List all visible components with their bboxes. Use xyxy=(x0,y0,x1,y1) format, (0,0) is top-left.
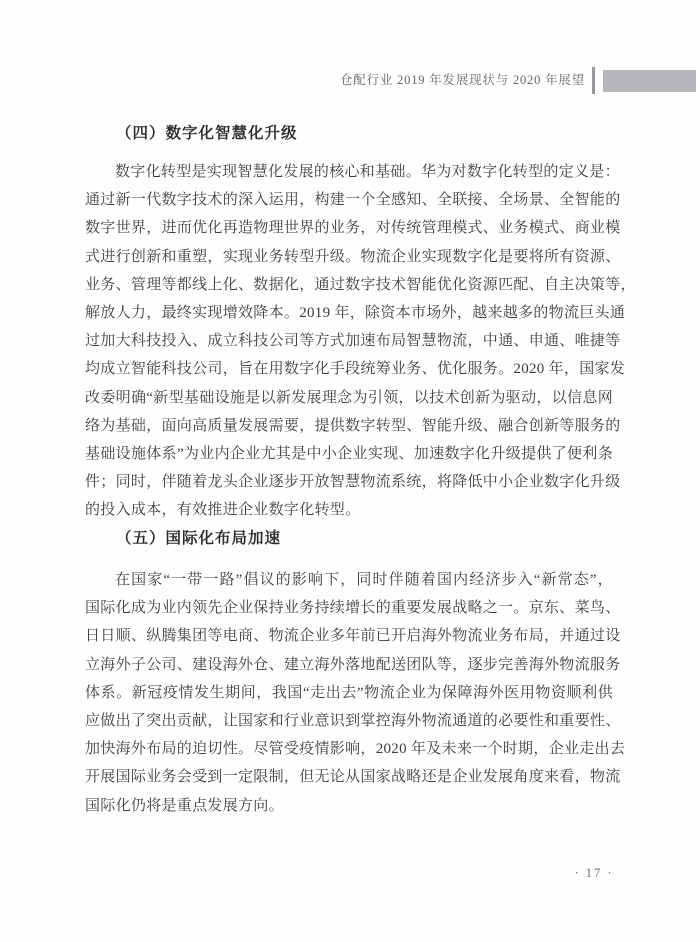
text-line: 在国家“一带一路”倡议的影响下，同时伴随着国内经济步入“新常态”， xyxy=(85,566,613,594)
text-line: 过加大科技投入、成立科技公司等方式加速布局智慧物流，中通、申通、唯捷等 xyxy=(85,327,613,355)
text-line: 加快海外布局的迫切性。尽管受疫情影响，2020 年及未来一个时期，企业走出去 xyxy=(85,735,613,763)
text-line: 基础设施体系”为业内企业尤其是中小企业实现、加速数字化升级提供了便利条 xyxy=(85,440,613,468)
page-number: · 17 · xyxy=(544,866,644,881)
text-line: 业务、管理等都线上化、数据化，通过数字技术智能优化资源匹配、自主决策等， xyxy=(85,271,613,299)
section-5-paragraph: 在国家“一带一路”倡议的影响下，同时伴随着国内经济步入“新常态”，国际化成为业内… xyxy=(85,566,613,820)
running-header-title: 仓配行业 2019 年发展现状与 2020 年展望 xyxy=(340,70,585,90)
text-line: 数字化转型是实现智慧化发展的核心和基础。华为对数字化转型的定义是： xyxy=(85,158,613,186)
text-line: 国际化仍将是重点发展方向。 xyxy=(85,792,613,820)
document-page: 仓配行业 2019 年发展现状与 2020 年展望 （四）数字化智慧化升级 数字… xyxy=(0,0,700,942)
section-heading-4: （四）数字化智慧化升级 xyxy=(85,123,644,145)
section-4-paragraph: 数字化转型是实现智慧化发展的核心和基础。华为对数字化转型的定义是：通过新一代数字… xyxy=(85,158,613,525)
text-line: 解放人力，最终实现增效降本。2019 年，除资本市场外，越来越多的物流巨头通 xyxy=(85,299,613,327)
header-divider-bar xyxy=(592,67,595,94)
text-line: 均成立智能科技公司，旨在用数字化手段统筹业务、优化服务。2020 年，国家发 xyxy=(85,355,613,383)
text-line: 络为基础，面向高质量发展需要，提供数字转型、智能升级、融合创新等服务的 xyxy=(85,412,613,440)
text-line: 立海外子公司、建设海外仓、建立海外落地配送团队等，逐步完善海外物流服务 xyxy=(85,651,613,679)
text-line: 开展国际业务会受到一定限制，但无论从国家战略还是企业发展角度来看，物流 xyxy=(85,763,613,791)
text-line: 改委明确“新型基础设施是以新发展理念为引领，以技术创新为驱动，以信息网 xyxy=(85,384,613,412)
text-line: 数字世界，进而优化再造物理世界的业务，对传统管理模式、业务模式、商业模 xyxy=(85,214,613,242)
section-heading-5: （五）国际化布局加速 xyxy=(85,528,644,550)
text-line: 式进行创新和重塑，实现业务转型升级。物流企业实现数字化是要将所有资源、 xyxy=(85,243,613,271)
text-line: 日日顺、纵腾集团等电商、物流企业多年前已开启海外物流业务布局，并通过设 xyxy=(85,622,613,650)
text-line: 体系。新冠疫情发生期间，我国“走出去”物流企业为保障海外医用物资顺利供 xyxy=(85,679,613,707)
text-line: 通过新一代数字技术的深入运用，构建一个全感知、全联接、全场景、全智能的 xyxy=(85,186,613,214)
text-line: 的投入成本，有效推进企业数字化转型。 xyxy=(85,496,613,524)
header-edge-tab xyxy=(603,70,696,92)
text-line: 件；同时，伴随着龙头企业逐步开放智慧物流系统，将降低中小企业数字化升级 xyxy=(85,468,613,496)
text-line: 国际化成为业内领先企业保持业务持续增长的重要发展战略之一。京东、菜鸟、 xyxy=(85,594,613,622)
text-line: 应做出了突出贡献，让国家和行业意识到掌控海外物流通道的必要性和重要性、 xyxy=(85,707,613,735)
